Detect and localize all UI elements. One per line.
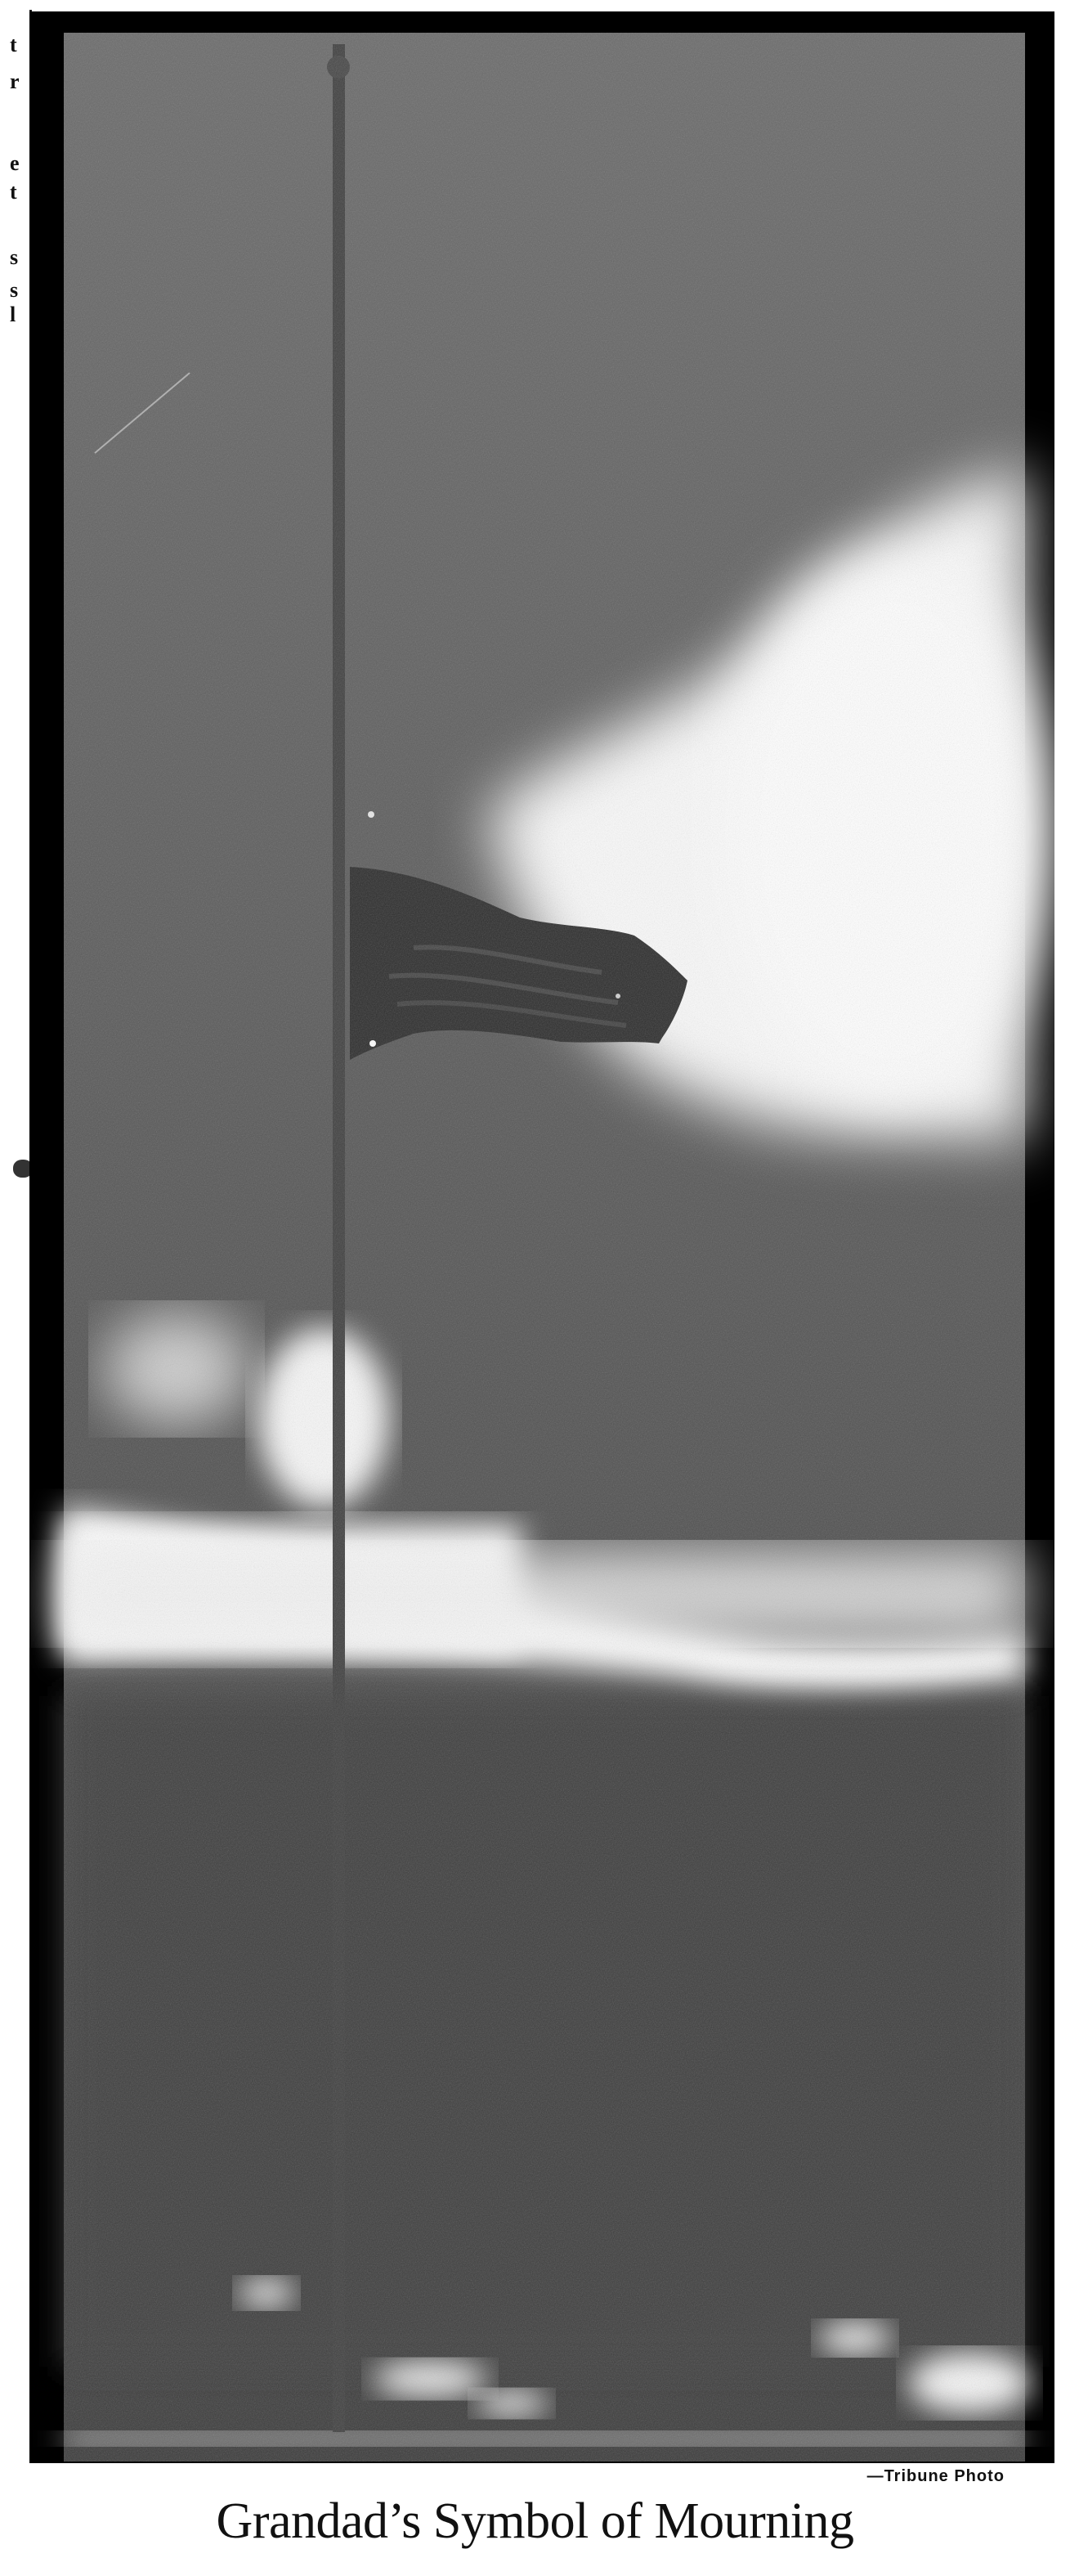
text-fragment: l — [10, 303, 16, 327]
adjacent-column-fragment: t r e t s s l — [0, 0, 33, 2576]
photo-scene — [29, 11, 1054, 2463]
photo-caption: Grandad’s Symbol of Mourning — [0, 2493, 1070, 2551]
text-fragment: r — [10, 70, 20, 94]
text-fragment: s — [10, 278, 18, 303]
news-photo — [29, 11, 1054, 2463]
photo-credit: —Tribune Photo — [867, 2467, 1005, 2486]
text-fragment: e — [10, 151, 20, 176]
text-fragment: s — [10, 245, 18, 270]
text-fragment: t — [10, 180, 17, 204]
text-fragment: t — [10, 33, 17, 57]
